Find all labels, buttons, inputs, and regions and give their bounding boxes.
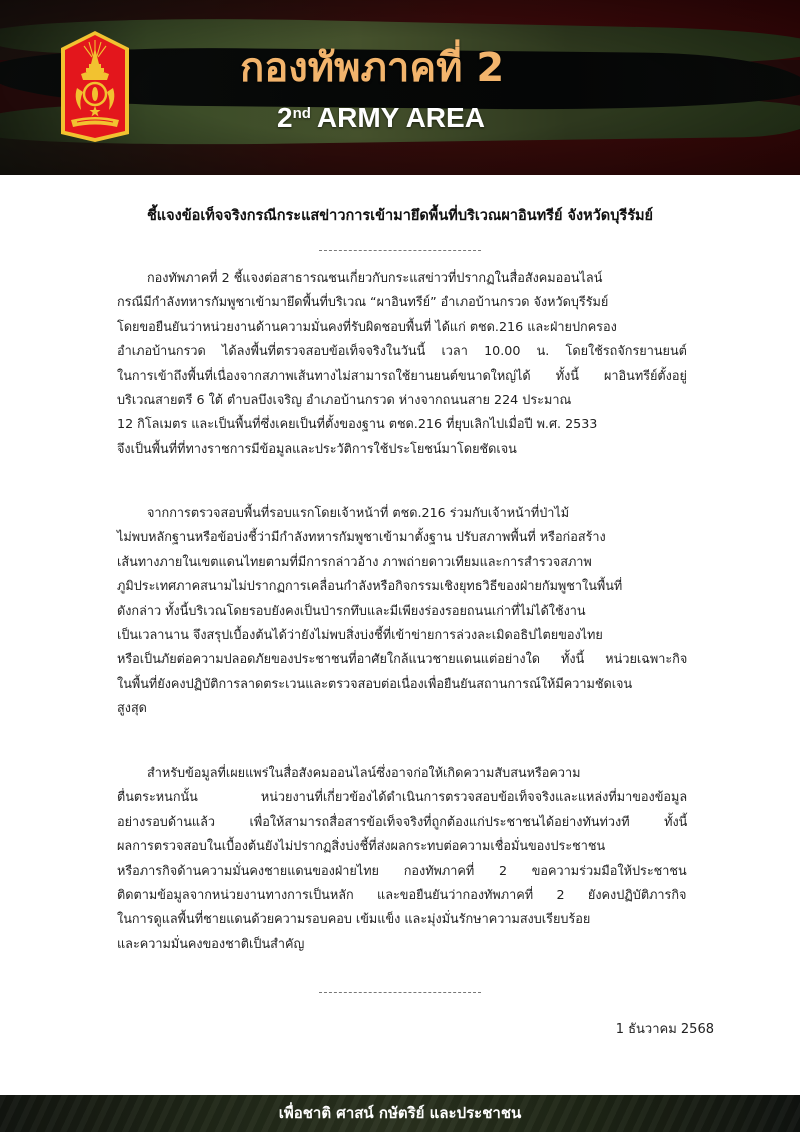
paragraph-line: สูงสุด	[117, 696, 687, 720]
paragraph-line: จากการตรวจสอบพื้นที่รอบแรกโดยเจ้าหน้าที่…	[117, 501, 687, 525]
header-banner: กองทัพภาคที่ 2 2ndARMY AREA	[0, 0, 800, 175]
paragraph-line: ไม่พบหลักฐานหรือข้อบ่งชี้ว่ามีกำลังทหารก…	[117, 525, 687, 549]
army-area-emblem-icon	[59, 30, 131, 143]
document-date: 1 ธันวาคม 2568	[616, 1020, 714, 1040]
paragraph-line: ดังกล่าว ทั้งนี้บริเวณโดยรอบยังคงเป็นป่า…	[117, 599, 687, 623]
paragraph-1: กองทัพภาคที่ 2 ชี้แจงต่อสาธารณชนเกี่ยวกั…	[117, 266, 687, 461]
header-title-english: 2ndARMY AREA	[277, 101, 485, 135]
document-title: ชี้แจงข้อเท็จจริงกรณีกระแสข่าวการเข้ามาย…	[0, 205, 800, 227]
footer-slogan: เพื่อชาติ ศาสน์ กษัตริย์ และประชาชน	[0, 1095, 800, 1132]
paragraph-line: ในการดูแลพื้นที่ชายแดนด้วยความรอบคอบ เข้…	[117, 907, 687, 931]
paragraph-3: สำหรับข้อมูลที่เผยแพร่ในสื่อสังคมออนไลน์…	[117, 761, 687, 956]
paragraph-line: และความมั่นคงของชาติเป็นสำคัญ	[117, 932, 687, 956]
paragraph-line: บริเวณสายตรี 6 ใต้ ตำบลบึงเจริญ อำเภอบ้า…	[117, 388, 687, 412]
paragraph-line: ติดตามข้อมูลจากหน่วยงานทางการเป็นหลัก แล…	[117, 883, 687, 907]
paragraph-line: ในการเข้าถึงพื้นที่เนื่องจากสภาพเส้นทางไ…	[117, 364, 687, 388]
paragraph-line: อำเภอบ้านกรวด ได้ลงพื้นที่ตรวจสอบข้อเท็จ…	[117, 339, 687, 363]
paragraph-line: จึงเป็นพื้นที่ที่ทางราชการมีข้อมูลและประ…	[117, 437, 687, 461]
paragraph-line: หรือภารกิจด้านความมั่นคงชายแดนของฝ่ายไทย…	[117, 859, 687, 883]
paragraph-line: เส้นทางภายในเขตแดนไทยตามที่มีการกล่าวอ้า…	[117, 550, 687, 574]
footer-banner: เพื่อชาติ ศาสน์ กษัตริย์ และประชาชน	[0, 1095, 800, 1132]
document-body: ชี้แจงข้อเท็จจริงกรณีกระแสข่าวการเข้ามาย…	[0, 175, 800, 1095]
paragraph-line: กรณีมีกำลังทหารกัมพูชาเข้ามายึดพื้นที่บร…	[117, 290, 687, 314]
paragraph-line: อย่างรอบด้านแล้ว เพื่อให้สามารถสื่อสารข้…	[117, 810, 687, 834]
paragraph-line: โดยขอยืนยันว่าหน่วยงานด้านความมั่นคงที่ร…	[117, 315, 687, 339]
separator-bottom	[319, 992, 481, 993]
paragraph-line: 12 กิโลเมตร และเป็นพื้นที่ซึ่งเคยเป็นที่…	[117, 412, 687, 436]
separator-top	[319, 250, 481, 251]
header-title-number: 2	[277, 102, 293, 133]
header-title-ordinal: nd	[293, 105, 311, 122]
paragraph-line: สำหรับข้อมูลที่เผยแพร่ในสื่อสังคมออนไลน์…	[117, 761, 687, 785]
header-title-thai: กองทัพภาคที่ 2	[240, 44, 580, 92]
paragraph-line: ในพื้นที่ยังคงปฏิบัติการลาดตระเวนและตรวจ…	[117, 672, 687, 696]
paragraph-line: ตื่นตระหนกนั้น หน่วยงานที่เกี่ยวข้องได้ด…	[117, 785, 687, 809]
paragraph-line: หรือเป็นภัยต่อความปลอดภัยของประชาชนที่อา…	[117, 647, 687, 671]
header-title-text: ARMY AREA	[317, 102, 485, 133]
paragraph-line: กองทัพภาคที่ 2 ชี้แจงต่อสาธารณชนเกี่ยวกั…	[117, 266, 687, 290]
paragraph-line: ภูมิประเทศภาคสนามไม่ปรากฏการเคลื่อนกำลัง…	[117, 574, 687, 598]
paragraph-line: ผลการตรวจสอบในเบื้องต้นยังไม่ปรากฏสิ่งบ่…	[117, 834, 687, 858]
paragraph-2: จากการตรวจสอบพื้นที่รอบแรกโดยเจ้าหน้าที่…	[117, 501, 687, 721]
paragraph-line: เป็นเวลานาน จึงสรุปเบื้องต้นได้ว่ายังไม่…	[117, 623, 687, 647]
